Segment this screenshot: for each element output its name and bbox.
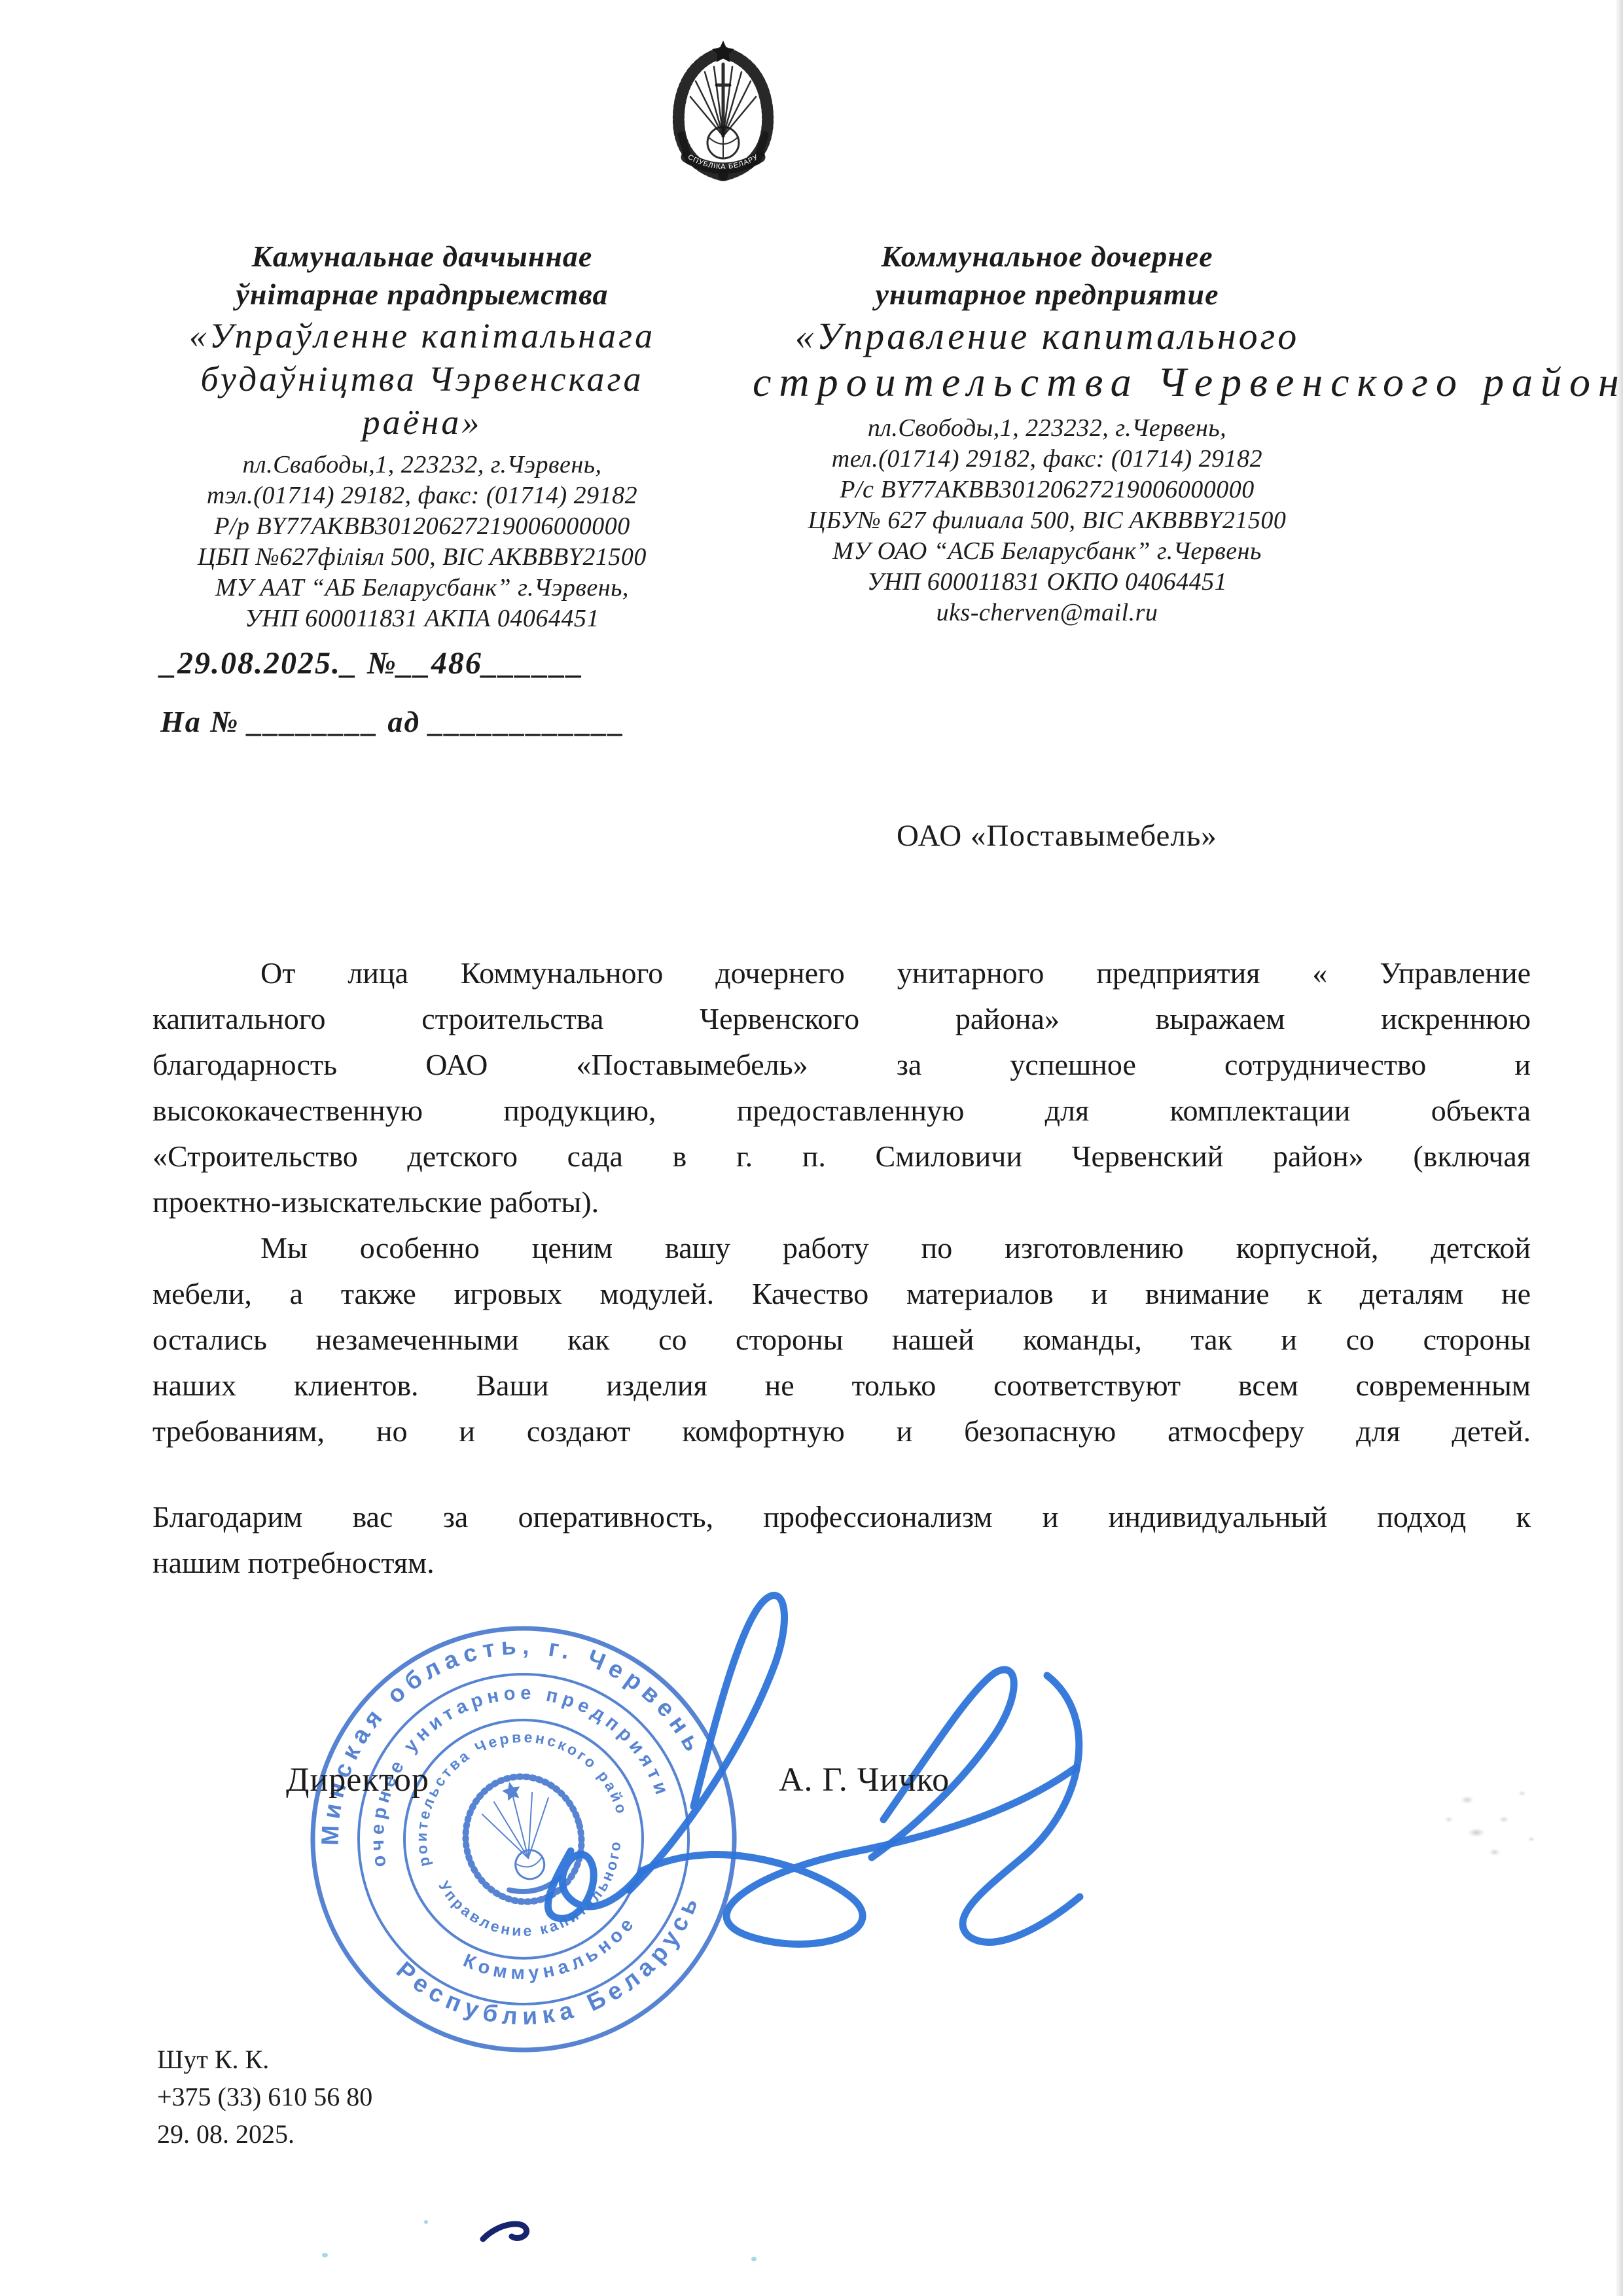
scan-edge-shadow xyxy=(1615,0,1623,2296)
signer-title: Директор xyxy=(286,1761,429,1799)
executor-block: Шут К. К. +375 (33) 610 56 80 29. 08. 20… xyxy=(157,2041,372,2153)
executor-phone: +375 (33) 610 56 80 xyxy=(157,2078,372,2115)
signature-stroke xyxy=(548,1851,643,1918)
letter-page: РЭСПУБЛІКА БЕЛАРУСЬ Камунальнае даччынна… xyxy=(0,0,1623,2296)
ink-mark xyxy=(483,2224,527,2239)
signer-name: А. Г. Чичко xyxy=(779,1761,950,1799)
scan-speck xyxy=(751,2257,757,2261)
scan-speck xyxy=(424,2220,428,2224)
scan-speck xyxy=(322,2253,328,2257)
executor-date: 29. 08. 2025. xyxy=(157,2115,372,2153)
scan-smudge xyxy=(1394,1761,1577,1892)
signature-stroke xyxy=(630,1596,785,1890)
executor-name: Шут К. К. xyxy=(157,2041,372,2078)
signature-stroke xyxy=(963,1676,1080,1942)
handwritten-signature xyxy=(0,0,1623,2296)
